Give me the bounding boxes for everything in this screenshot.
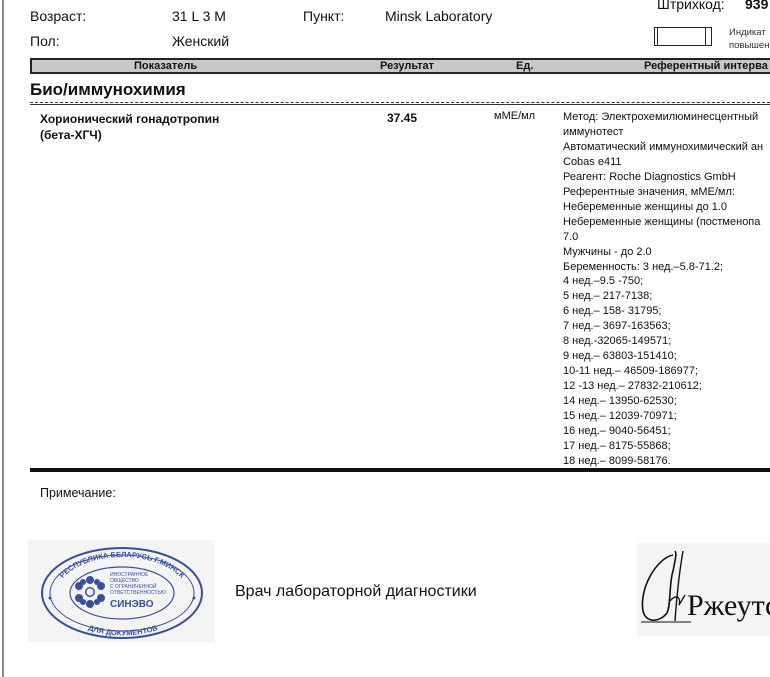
reference-line: Небеременные женщины до 1.0 xyxy=(563,200,763,215)
reference-line: Беременность: 3 нед.–5.8-71.2; xyxy=(563,260,763,275)
signature-image: Ржеутс xyxy=(637,543,770,636)
section-divider xyxy=(30,102,770,103)
reference-line: 18 нед.– 8099-58176. xyxy=(563,454,763,469)
sex-value: Женский xyxy=(172,33,229,49)
reference-line: Cobas e411 xyxy=(563,155,763,170)
reference-line: Реагент: Roche Diagnostics GmbH xyxy=(563,170,763,185)
svg-text:СИНЭВО: СИНЭВО xyxy=(110,599,154,610)
svg-text:Ржеутс: Ржеутс xyxy=(687,589,770,622)
header-result: Результат xyxy=(380,60,434,73)
stamp-seal-icon: РЕСПУБЛИКА БЕЛАРУСЬ Г.МИНСК ДЛЯ ДОКУМЕНТ… xyxy=(28,540,214,642)
reference-line: 5 нед.– 217-7138; xyxy=(563,289,763,304)
reference-line: 12 -13 нед.– 27832-210612; xyxy=(563,379,763,394)
stamp-image: РЕСПУБЛИКА БЕЛАРУСЬ Г.МИНСК ДЛЯ ДОКУМЕНТ… xyxy=(28,540,214,642)
reference-line: иммунотест xyxy=(563,125,763,140)
reference-line: 4 нед.–9.5 -750; xyxy=(563,274,763,289)
reference-line: 7.0 xyxy=(563,230,763,245)
indicator-text-line: повышен xyxy=(729,39,769,52)
reference-line: 17 нед.– 8175-55868; xyxy=(563,439,763,454)
header-reference: Референтный интерва xyxy=(644,60,768,73)
reference-line: 8 нед.-32065-149571; xyxy=(563,334,763,349)
reference-line: Небеременные женщины (постменопа xyxy=(563,215,763,230)
sex-label: Пол: xyxy=(30,33,60,49)
indicator-text-line: Индикат xyxy=(729,26,769,39)
test-name-line: Хорионический гонадотропин xyxy=(40,111,219,127)
indicator-legend-text: Индикат повышен xyxy=(729,26,769,52)
note-label: Примечание: xyxy=(40,486,116,500)
table-row-test-name: Хорионический гонадотропин (бета-ХГЧ) xyxy=(40,111,219,143)
table-end-divider xyxy=(30,468,770,472)
point-value: Minsk Laboratory xyxy=(385,8,492,24)
section-divider-solid xyxy=(30,104,770,105)
reference-line: 9 нед.– 63803-151410; xyxy=(563,349,763,364)
doctor-title: Врач лабораторной диагностики xyxy=(235,583,477,601)
age-label: Возраст: xyxy=(30,8,86,24)
table-header: Показатель Результат Ед. Референтный инт… xyxy=(30,58,770,74)
reference-line: Мужчины - до 2.0 xyxy=(563,245,763,260)
reference-line: Метод: Электрохемилюминесцентный xyxy=(563,110,763,125)
svg-text:ОТВЕТСТВЕННОСТЬЮ: ОТВЕТСТВЕННОСТЬЮ xyxy=(110,590,166,596)
signature-icon: Ржеутс xyxy=(637,543,770,636)
barcode-value: 939 xyxy=(745,0,768,12)
reference-line: Референтные значения, мМЕ/мл: xyxy=(563,185,763,200)
reference-line: 16 нед.– 9040-56451; xyxy=(563,424,763,439)
header-indicator: Показатель xyxy=(134,60,197,73)
barcode-label: Штрихкод: xyxy=(657,0,725,12)
test-result: 37.45 xyxy=(387,111,417,125)
age-value: 31 L 3 M xyxy=(172,8,226,24)
reference-line: Автоматический иммунохимический ан xyxy=(563,140,763,155)
header-unit: Ед. xyxy=(516,60,533,73)
reference-line: 10-11 нед.– 46509-186977; xyxy=(563,364,763,379)
reference-line: 6 нед.– 158- 31795; xyxy=(563,304,763,319)
reference-line: 15 нед.– 12039-70971; xyxy=(563,409,763,424)
reference-interval: Метод: Электрохемилюминесцентныйиммуноте… xyxy=(563,110,763,469)
svg-text:С ОГРАНИЧЕННОЙ: С ОГРАНИЧЕННОЙ xyxy=(110,582,157,590)
reference-line: 14 нед.– 13950-62530; xyxy=(563,394,763,409)
point-label: Пункт: xyxy=(303,8,344,24)
test-name-line: (бета-ХГЧ) xyxy=(40,127,219,143)
indicator-legend-box xyxy=(654,27,712,46)
reference-line: 7 нед.– 3697-163563; xyxy=(563,319,763,334)
page-edge xyxy=(2,0,4,677)
test-unit: мМЕ/мл xyxy=(494,110,535,122)
section-title: Био/иммунохимия xyxy=(30,80,186,100)
